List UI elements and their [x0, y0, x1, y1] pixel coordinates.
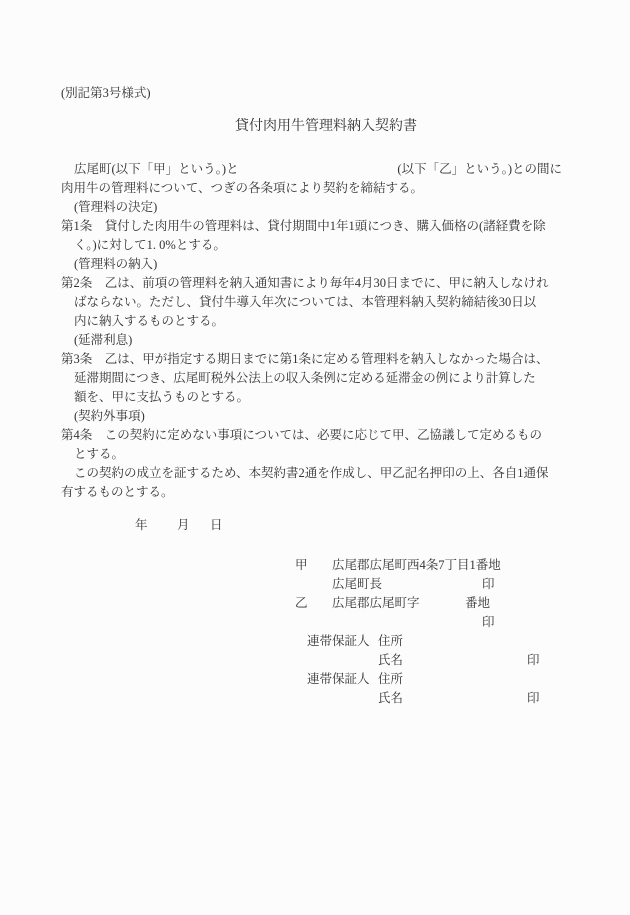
closing-line: 有するものとする。: [61, 483, 562, 502]
article-3-line: 延滞期間につき、広尾町税外公法上の収入条例に定める延滞金の例により計算した: [61, 369, 562, 388]
article-1-line: 第1条 貸付した肉用牛の管理料は、貸付期間中1年1頭につき、購入価格の(諸経費を…: [61, 217, 562, 236]
party-a-label: 甲: [295, 556, 308, 575]
guarantor-2-address-row: 連帯保証人 住所: [61, 670, 562, 689]
seal-mark: 印: [482, 613, 495, 632]
intro-line-2: 肉用牛の管理料について、つぎの各条項により契約を締結する。: [61, 179, 562, 198]
seal-mark: 印: [482, 575, 495, 594]
guarantor-1-name-label: 氏名: [378, 651, 403, 670]
date-line: 年 月 日: [61, 516, 562, 535]
party-a-address: 広尾郡広尾町西4条7丁目1番地: [332, 556, 501, 575]
article-3-line: 第3条 乙は、甲が指定する期日までに第1条に定める管理料を納入しなかった場合は、: [61, 350, 562, 369]
party-b-address-row: 乙 広尾郡広尾町字 番地: [61, 594, 562, 613]
party-a-name-row: 広尾町長 印: [61, 575, 562, 594]
party-a-address-row: 甲 広尾郡広尾町西4条7丁目1番地: [61, 556, 562, 575]
seal-mark: 印: [527, 689, 540, 708]
article-4-line: 第4条 この契約に定めない事項については、必要に応じて甲、乙協議して定めるもの: [61, 426, 562, 445]
article-2-line: ばならない。ただし、貸付牛導入年次については、本管理料納入契約締結後30日以: [61, 293, 562, 312]
intro-party-b-text: (以下「乙」という。)との間に: [397, 160, 562, 179]
guarantor-2-address-label: 住所: [378, 670, 403, 689]
form-number: (別記第3号様式): [61, 84, 562, 103]
party-a-name: 広尾町長: [332, 575, 382, 594]
guarantor-2-name-label: 氏名: [378, 689, 403, 708]
seal-mark: 印: [527, 651, 540, 670]
article-4-line: とする。: [61, 445, 562, 464]
party-b-banchi-label: 番地: [465, 594, 490, 613]
guarantor-2-name-row: 氏名 印: [61, 689, 562, 708]
article-heading: (契約外事項): [61, 407, 562, 426]
guarantor-1-address-label: 住所: [378, 632, 403, 651]
guarantor-2-label: 連帯保証人: [307, 670, 370, 689]
article-heading: (管理料の納入): [61, 255, 562, 274]
closing-line: この契約の成立を証するため、本契約書2通を作成し、甲乙記名押印の上、各自1通保: [61, 464, 562, 483]
guarantor-1-label: 連帯保証人: [307, 632, 370, 651]
article-1-line: く。)に対して1. 0%とする。: [61, 236, 562, 255]
party-b-seal-row: 印: [61, 613, 562, 632]
intro-line-1: 広尾町(以下「甲」という。)と (以下「乙」という。)との間に: [61, 160, 562, 179]
contract-document-page: (別記第3号様式) 貸付肉用牛管理料納入契約書 広尾町(以下「甲」という。)と …: [0, 0, 630, 915]
date-year-label: 年: [135, 516, 148, 535]
article-heading: (管理料の決定): [61, 198, 562, 217]
guarantor-1-address-row: 連帯保証人 住所: [61, 632, 562, 651]
article-2-line: 第2条 乙は、前項の管理料を納入通知書により毎年4月30日までに、甲に納入しなけ…: [61, 274, 562, 293]
document-title: 貸付肉用牛管理料納入契約書: [61, 117, 562, 136]
date-day-label: 日: [210, 516, 223, 535]
signature-block: 甲 広尾郡広尾町西4条7丁目1番地 広尾町長 印 乙 広尾郡広尾町字 番地 印 …: [61, 556, 562, 708]
party-b-label: 乙: [295, 594, 308, 613]
article-heading: (延滞利息): [61, 331, 562, 350]
party-b-address: 広尾郡広尾町字: [332, 594, 420, 613]
date-month-label: 月: [177, 516, 190, 535]
guarantor-1-name-row: 氏名 印: [61, 651, 562, 670]
article-3-line: 額を、甲に支払うものとする。: [61, 388, 562, 407]
article-2-line: 内に納入するものとする。: [61, 312, 562, 331]
intro-party-a-text: 広尾町(以下「甲」という。)と: [74, 160, 239, 179]
